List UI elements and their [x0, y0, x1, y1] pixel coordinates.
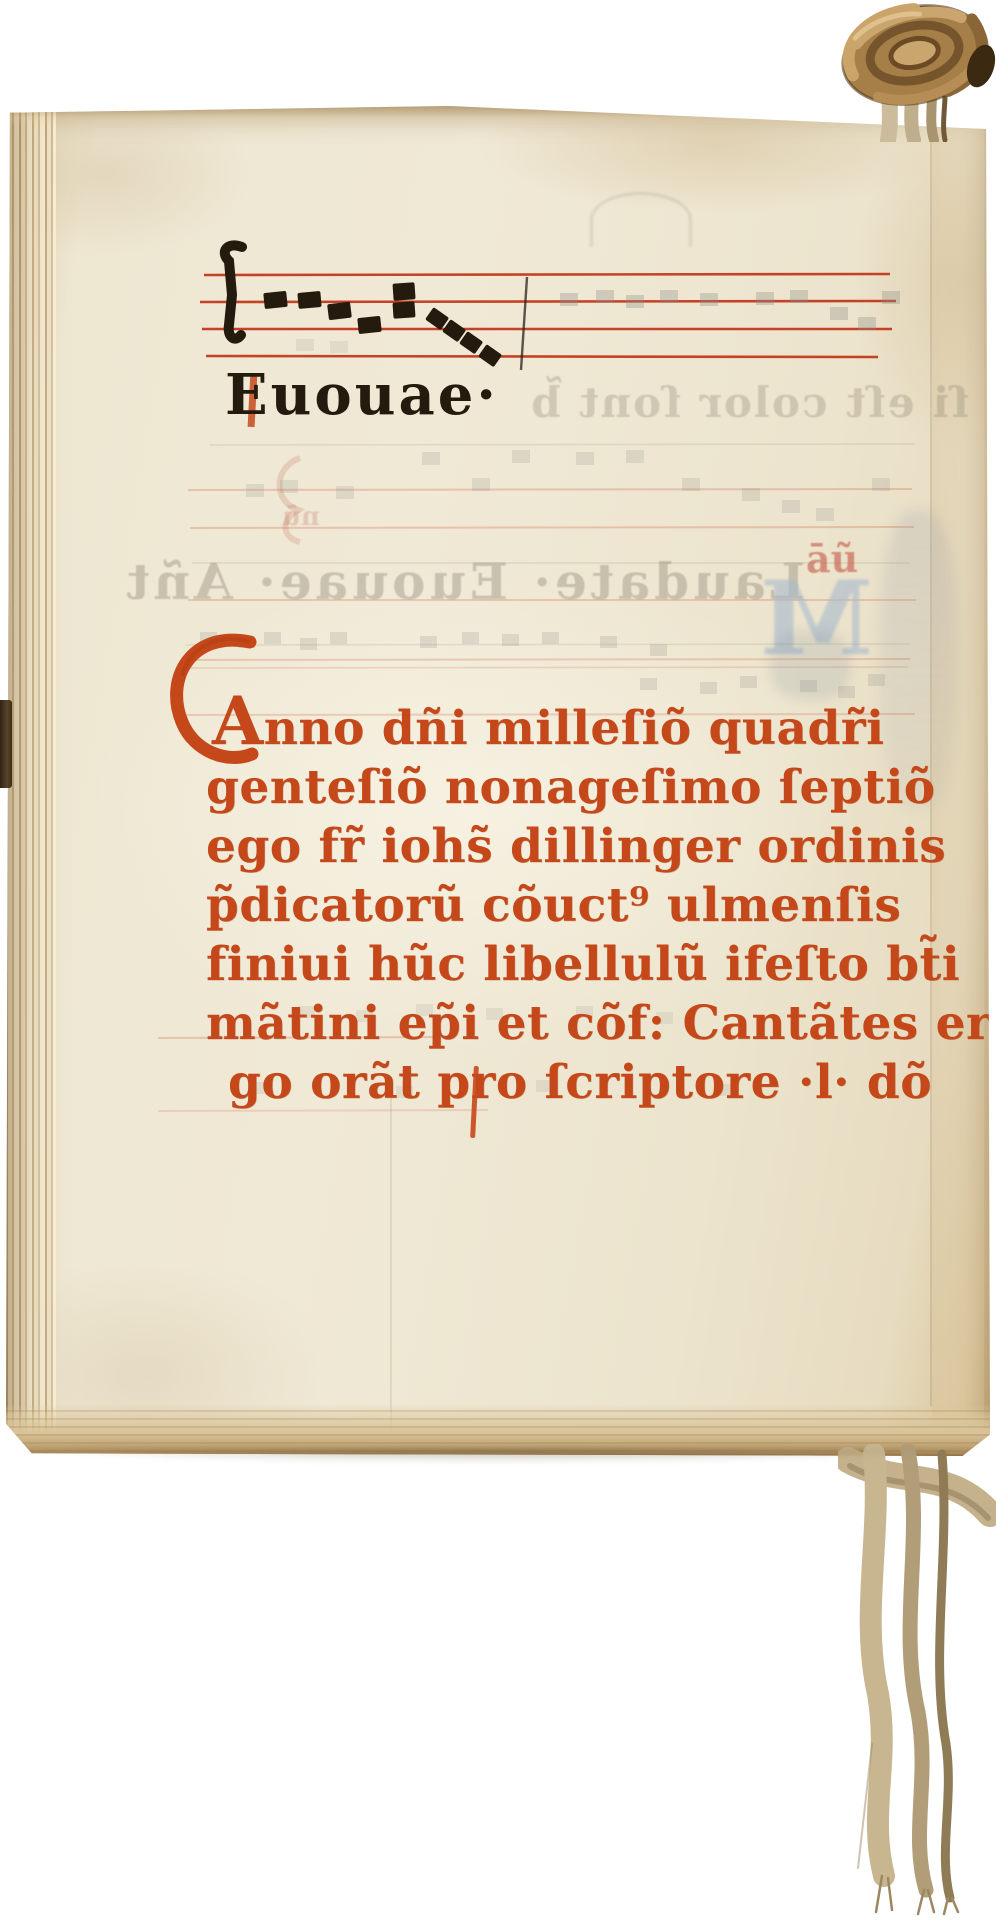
colophon-line: p̃dicatorũ cõuct⁹ ulmenſis [206, 876, 906, 935]
ghost-neumes [296, 290, 900, 353]
book-shadow [18, 1448, 974, 1464]
vellum-crease [390, 1096, 392, 1446]
colophon-line: genteſiõ nonageſimo ſeptiõ [206, 758, 906, 817]
neumes [263, 282, 502, 367]
bleedthrough-upper-text: ſi eſt color ſont b̃ [439, 378, 969, 427]
colophon-line: finiui hũc libellulũ ifeſto bt̃i [206, 935, 906, 994]
bleedthrough-chant-text: Laudate· Euouae· Añt [185, 552, 805, 611]
colophon-line: Anno dñi milleſiõ quadr̃i [206, 692, 906, 758]
colophon-line: go orãt pro ſcriptore ·l· dõ [206, 1053, 906, 1112]
bleedthrough-small-red: nũ [282, 502, 320, 532]
colophon-line: mãtini ep̃i et cõf: Cantãtes er [206, 994, 906, 1053]
page-block-left-edge [6, 106, 56, 1456]
clef-glyph [225, 245, 242, 338]
manuscript-photo: Euouae· ſi eſt color ſont b̃ nũ Laudate·… [0, 0, 996, 1920]
clasp-fitting [0, 700, 12, 788]
book-page: Euouae· ſi eſt color ſont b̃ nũ Laudate·… [6, 106, 990, 1456]
bookmark-ribbon [838, 1444, 996, 1920]
colophon-line: ego fr̃ iohs̃ dillinger ordinis [206, 817, 906, 876]
colophon-block: Anno dñi milleſiõ quadr̃i genteſiõ nonag… [206, 692, 906, 1112]
braided-tassel-icon [828, 0, 996, 142]
